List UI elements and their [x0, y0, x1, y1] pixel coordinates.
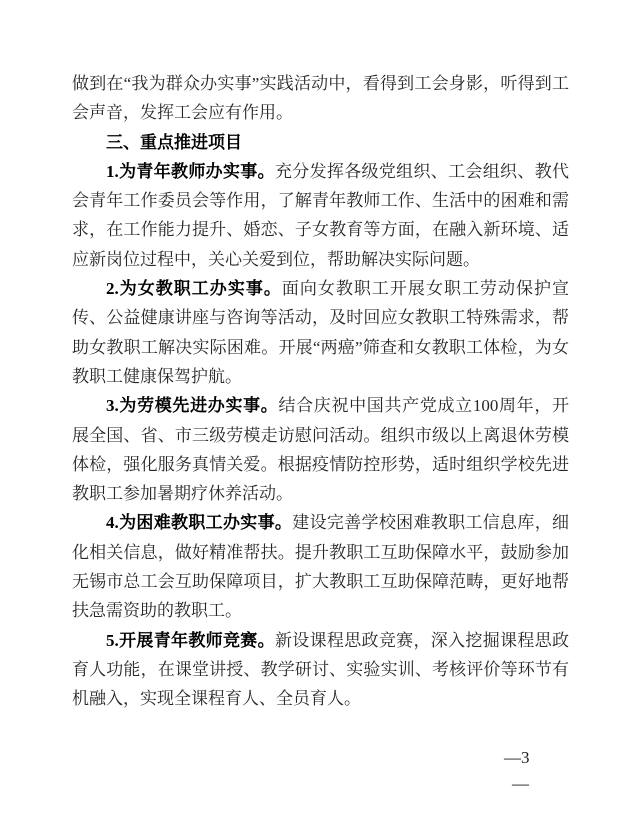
item-5-title: 5.开展青年教师竞赛。 [106, 631, 275, 650]
item-3-title: 3.为劳模先进办实事。 [106, 396, 278, 415]
item-4-title: 4.为困难教职工办实事。 [106, 513, 292, 532]
section-heading: 三、重点推进项目 [72, 128, 569, 157]
document-page: 做到在“我为群众办实事”实践活动中，看得到工会身影，听得到工会声音，发挥工会应有… [0, 0, 620, 835]
page-number-dash: — [512, 774, 529, 794]
paragraph-continuation: 做到在“我为群众办实事”实践活动中，看得到工会身影，听得到工会声音，发挥工会应有… [72, 69, 569, 128]
page-number: —3 [504, 748, 530, 768]
paragraph-item-5: 5.开展青年教师竞赛。新设课程思政竞赛，深入挖掘课程思政育人功能，在课堂讲授、教… [72, 626, 569, 714]
paragraph-item-1: 1.为青年教师办实事。充分发挥各级党组织、工会组织、教代会青年工作委员会等作用，… [72, 157, 569, 274]
document-body: 做到在“我为群众办实事”实践活动中，看得到工会身影，听得到工会声音，发挥工会应有… [72, 69, 569, 714]
section-heading-text: 三、重点推进项目 [106, 133, 242, 152]
paragraph-item-3: 3.为劳模先进办实事。结合庆祝中国共产党成立100周年，开展全国、省、市三级劳模… [72, 391, 569, 508]
paragraph-item-2: 2.为女教职工办实事。面向女教职工开展女职工劳动保护宣传、公益健康讲座与咨询等活… [72, 274, 569, 391]
item-1-title: 1.为青年教师办实事。 [106, 162, 275, 181]
item-2-title: 2.为女教职工办实事。 [106, 279, 282, 298]
paragraph-item-4: 4.为困难教职工办实事。建设完善学校困难教职工信息库，细化相关信息，做好精准帮扶… [72, 508, 569, 625]
paragraph-text: 做到在“我为群众办实事”实践活动中，看得到工会身影，听得到工会声音，发挥工会应有… [72, 74, 569, 122]
